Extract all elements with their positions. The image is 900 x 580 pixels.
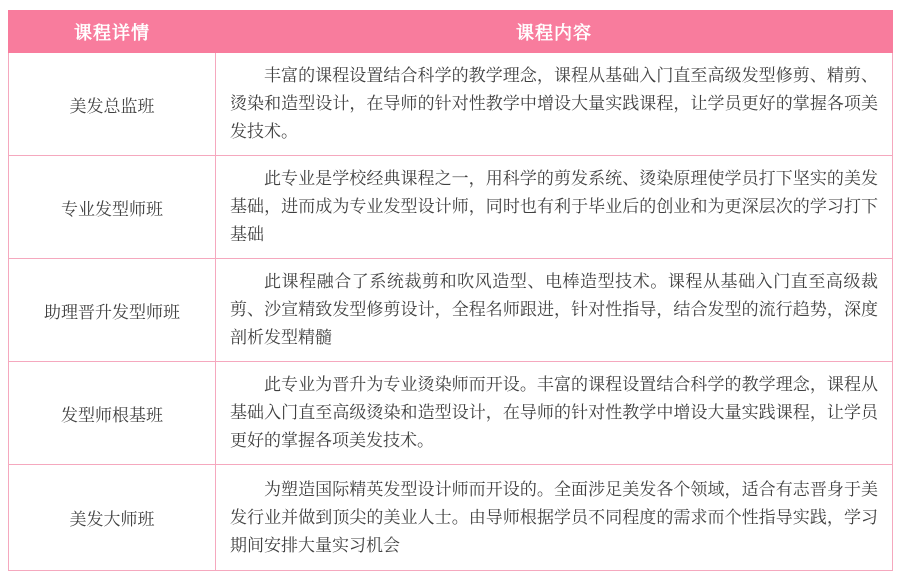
course-description-cell: 此课程融合了系统裁剪和吹风造型、电棒造型技术。课程从基础入门直至高级裁剪、沙宣精…: [216, 259, 893, 362]
header-course-content: 课程内容: [216, 11, 893, 53]
course-description-cell: 此专业是学校经典课程之一，用科学的剪发系统、烫染原理使学员打下坚实的美发基础，进…: [216, 156, 893, 259]
course-description-cell: 为塑造国际精英发型设计师而开设的。全面涉足美发各个领域，适合有志晋身于美发行业并…: [216, 465, 893, 571]
course-name: 美发总监班: [9, 53, 216, 156]
course-name: 美发大师班: [9, 465, 216, 571]
table-row: 助理晋升发型师班 此课程融合了系统裁剪和吹风造型、电棒造型技术。课程从基础入门直…: [9, 259, 893, 362]
header-course-details: 课程详情: [9, 11, 216, 53]
course-description: 为塑造国际精英发型设计师而开设的。全面涉足美发各个领域，适合有志晋身于美发行业并…: [230, 476, 878, 560]
table-row: 发型师根基班 此专业为晋升为专业烫染师而开设。丰富的课程设置结合科学的教学理念，…: [9, 362, 893, 465]
course-description-cell: 此专业为晋升为专业烫染师而开设。丰富的课程设置结合科学的教学理念，课程从基础入门…: [216, 362, 893, 465]
header-row: 课程详情 课程内容: [9, 11, 893, 53]
course-description: 丰富的课程设置结合科学的教学理念，课程从基础入门直至高级发型修剪、精剪、烫染和造…: [230, 62, 878, 146]
table-row: 美发大师班 为塑造国际精英发型设计师而开设的。全面涉足美发各个领域，适合有志晋身…: [9, 465, 893, 571]
course-description: 此专业为晋升为专业烫染师而开设。丰富的课程设置结合科学的教学理念，课程从基础入门…: [230, 371, 878, 455]
course-description: 此专业是学校经典课程之一，用科学的剪发系统、烫染原理使学员打下坚实的美发基础，进…: [230, 165, 878, 249]
course-table: 课程详情 课程内容 美发总监班 丰富的课程设置结合科学的教学理念，课程从基础入门…: [8, 10, 893, 571]
course-name: 专业发型师班: [9, 156, 216, 259]
course-description-cell: 丰富的课程设置结合科学的教学理念，课程从基础入门直至高级发型修剪、精剪、烫染和造…: [216, 53, 893, 156]
table-row: 专业发型师班 此专业是学校经典课程之一，用科学的剪发系统、烫染原理使学员打下坚实…: [9, 156, 893, 259]
course-name: 发型师根基班: [9, 362, 216, 465]
table-header: 课程详情 课程内容: [9, 11, 893, 53]
course-description: 此课程融合了系统裁剪和吹风造型、电棒造型技术。课程从基础入门直至高级裁剪、沙宣精…: [230, 268, 878, 352]
table-row: 美发总监班 丰富的课程设置结合科学的教学理念，课程从基础入门直至高级发型修剪、精…: [9, 53, 893, 156]
page: 课程详情 课程内容 美发总监班 丰富的课程设置结合科学的教学理念，课程从基础入门…: [0, 0, 900, 580]
course-name: 助理晋升发型师班: [9, 259, 216, 362]
